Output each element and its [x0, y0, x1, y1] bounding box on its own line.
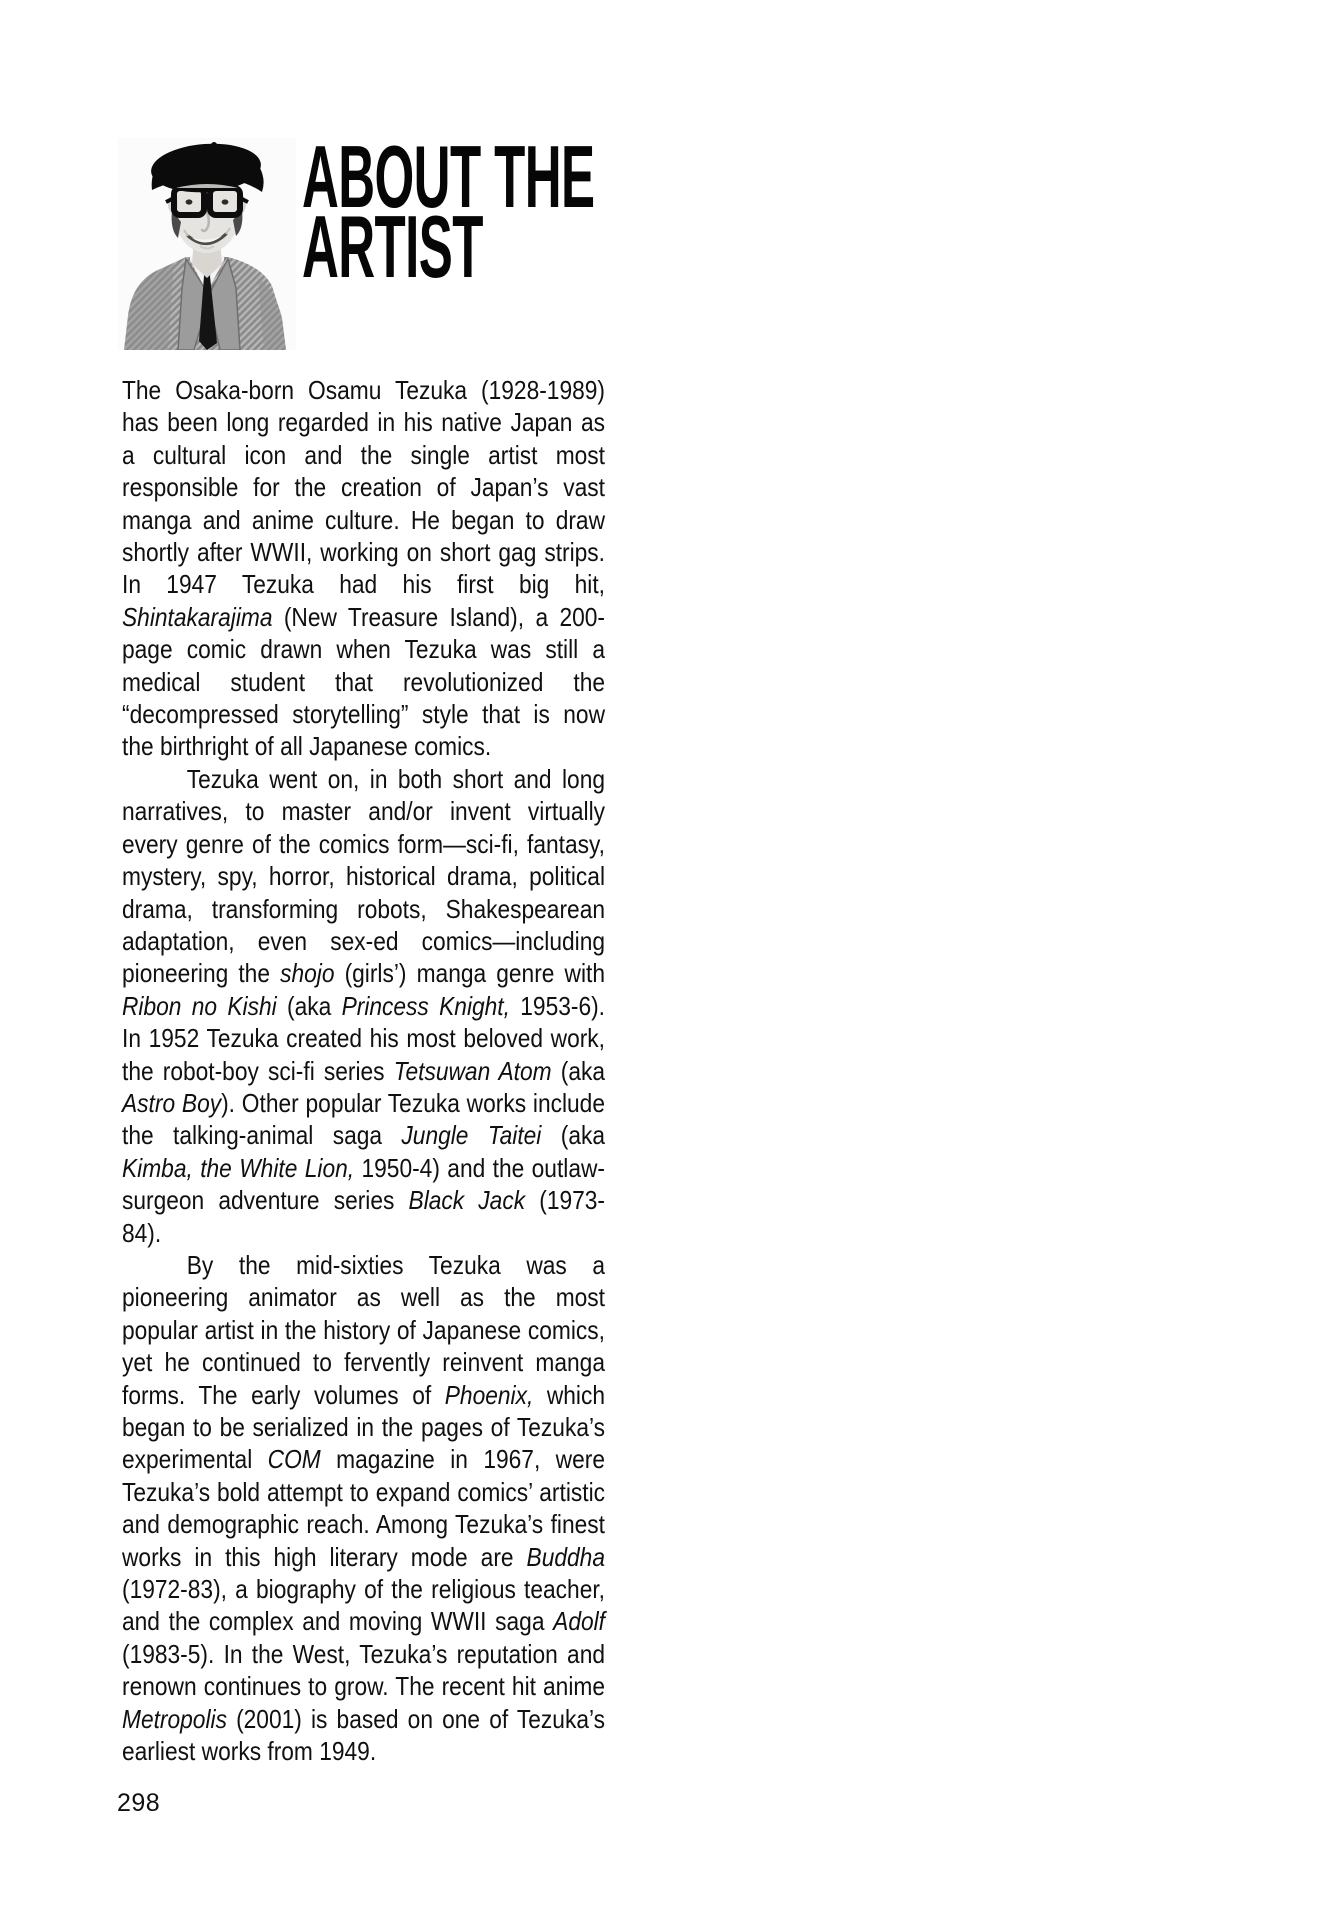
italic-title-text: Ribon no Kishi	[122, 991, 277, 1021]
body-text: (girls’) manga genre with	[334, 958, 605, 988]
italic-title-text: Metropolis	[122, 1704, 227, 1734]
body-text: Tezuka went on, in both short and long n…	[122, 764, 605, 988]
artist-photo-image	[118, 138, 296, 350]
italic-title-text: Phoenix,	[445, 1380, 534, 1410]
italic-title-text: COM	[268, 1444, 321, 1474]
page-title: ABOUT THE ARTIST	[302, 142, 595, 282]
body-text: (aka	[541, 1120, 605, 1150]
body-text: (aka	[552, 1056, 605, 1086]
body-text: (1983-5). In the West, Tezuka’s reputati…	[122, 1639, 605, 1701]
italic-title-text: Shintakarajima	[122, 602, 272, 632]
italic-title-text: Kimba, the White Lion,	[122, 1153, 354, 1183]
italic-title-text: Tetsuwan Atom	[394, 1056, 552, 1086]
italic-title-text: Buddha	[527, 1542, 605, 1572]
paragraph: By the mid-sixties Tezuka was a pioneeri…	[122, 1249, 605, 1768]
book-page: ABOUT THE ARTIST The Osaka-born Osamu Te…	[0, 0, 1330, 1920]
body-text: (1972-83), a biography of the religious …	[122, 1574, 605, 1636]
italic-title-text: Adolf	[553, 1606, 605, 1636]
page-number: 298	[117, 1789, 160, 1818]
italic-title-text: Astro Boy	[122, 1088, 221, 1118]
paragraph: Tezuka went on, in both short and long n…	[122, 763, 605, 1249]
artist-photo	[118, 138, 296, 350]
italic-title-text: Black Jack	[409, 1185, 526, 1215]
italic-title-text: Jungle Taitei	[401, 1120, 541, 1150]
body-text: (aka	[277, 991, 342, 1021]
italic-title-text: Princess Knight,	[342, 991, 510, 1021]
paragraph: The Osaka-born Osamu Tezuka (1928-1989) …	[122, 374, 605, 763]
article-text: The Osaka-born Osamu Tezuka (1928-1989) …	[122, 374, 605, 1767]
body-text: The Osaka-born Osamu Tezuka (1928-1989) …	[122, 375, 605, 599]
italic-title-text: shojo	[280, 958, 334, 988]
